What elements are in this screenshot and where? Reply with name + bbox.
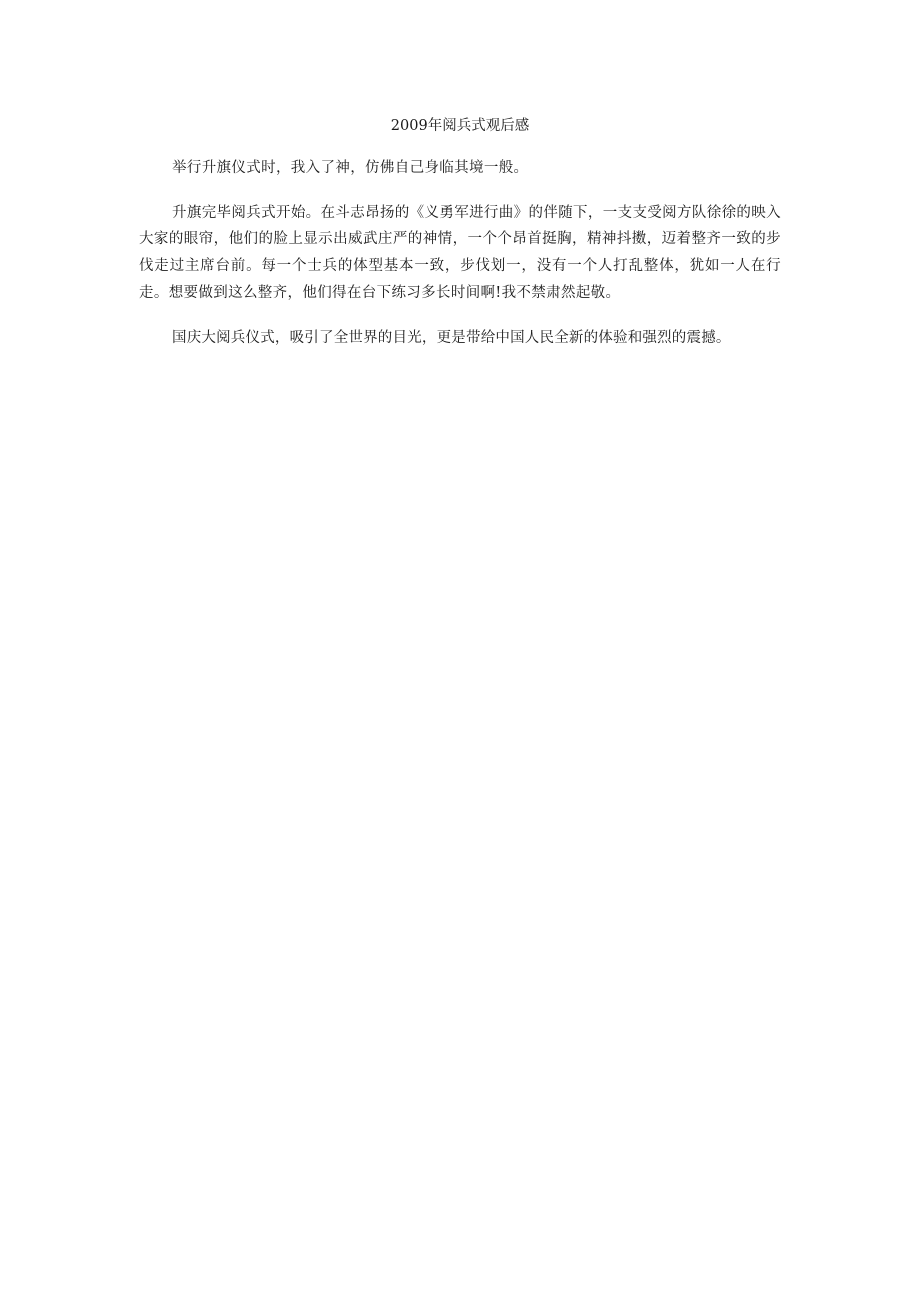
document-title: 2009年阅兵式观后感 [139,114,781,138]
document-page: 2009年阅兵式观后感 举行升旗仪式时，我入了神，仿佛自己身临其境一般。 升旗完… [139,114,781,369]
paragraph-3: 国庆大阅兵仪式，吸引了全世界的目光，更是带给中国人民全新的体验和强烈的震撼。 [139,325,781,352]
paragraph-1: 举行升旗仪式时，我入了神，仿佛自己身临其境一般。 [139,155,781,182]
paragraph-2: 升旗完毕阅兵式开始。在斗志昂扬的《义勇军进行曲》的伴随下，一支支受阅方队徐徐的映… [139,200,781,307]
